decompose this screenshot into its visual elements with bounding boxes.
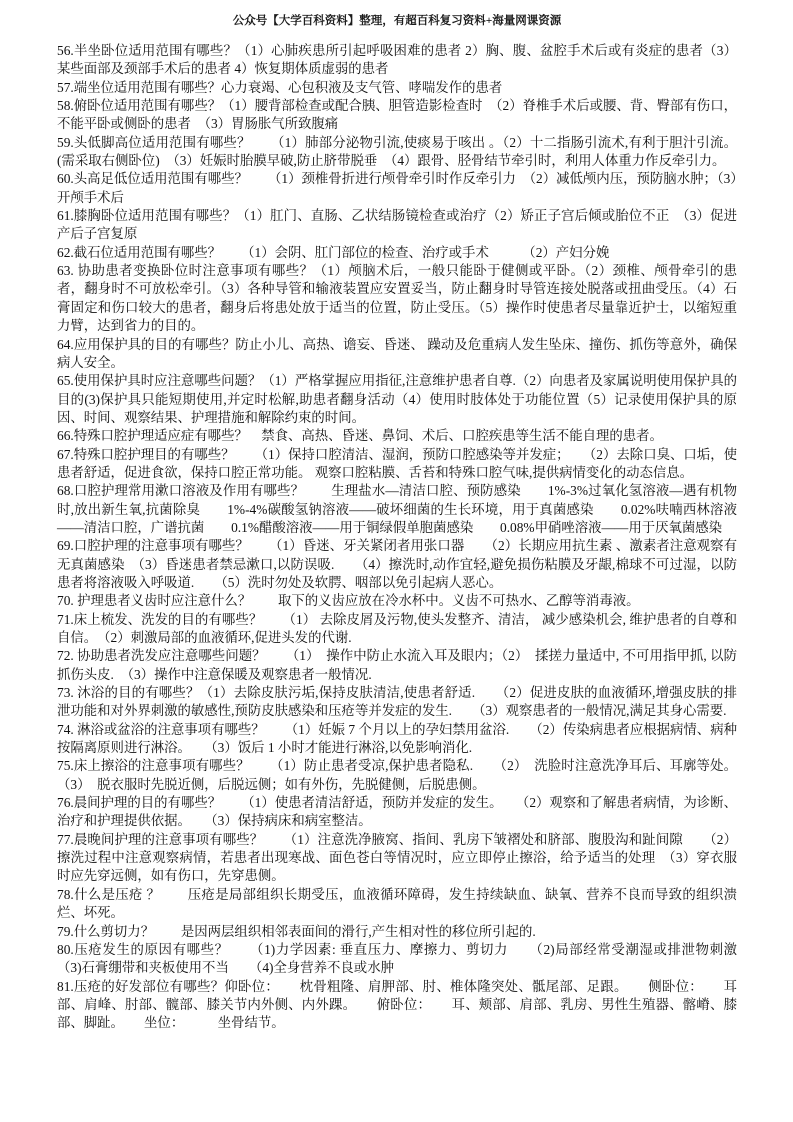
qa-item: 65.使用保护具时应注意哪些问题？（1）严格掌握应用指征,注意维护患者自尊.（2… xyxy=(57,372,737,427)
qa-item: 72. 协助患者洗发应注意哪些问题？ （1） 操作中防止水流入耳及眼内；（2） … xyxy=(57,647,737,684)
qa-item: 79.什么剪切力？ 是因两层组织相邻表面间的滑行,产生相对性的移位所引起的. xyxy=(57,923,737,941)
qa-item: 56.半坐卧位适用范围有哪些？（1）心肺疾患所引起呼吸困难的患者 2）胸、腹、盆… xyxy=(57,42,737,79)
qa-item: 64.应用保护具的目的有哪些？防止小儿、高热、谵妄、昏迷、 躁动及危重病人发生坠… xyxy=(57,336,737,373)
qa-item: 60.头高足低位适用范围有哪些？ （1）颈椎骨折进行颅骨牵引时作反牵引力 （2）… xyxy=(57,170,737,207)
qa-item: 62.截石位适用范围有哪些？ （1）会阴、肛门部位的检查、治疗或手术 （2）产妇… xyxy=(57,244,737,262)
qa-item: 66.特殊口腔护理适应症有哪些？ 禁食、高热、昏迷、鼻饲、术后、口腔疾患等生活不… xyxy=(57,427,737,445)
qa-item: 61.膝胸卧位适用范围有哪些？（1）肛门、直肠、乙状结肠镜检查或治疗（2）矫正子… xyxy=(57,207,737,244)
qa-item: 76.晨间护理的目的有哪些？ （1）使患者清洁舒适，预防并发症的发生。 （2）观… xyxy=(57,794,737,831)
qa-item: 67.特殊口腔护理目的有哪些？ （1）保持口腔清洁、湿润，预防口腔感染等并发症；… xyxy=(57,446,737,483)
qa-item: 71.床上梳发、洗发的目的有哪些？ （1） 去除皮屑及污物,使头发整齐、清洁， … xyxy=(57,611,737,648)
qa-item: 81.压疮的好发部位有哪些？仰卧位： 枕骨粗隆、肩胛部、肘、椎体隆突处、骶尾部、… xyxy=(57,978,737,1033)
qa-item: 74. 淋浴或盆浴的注意事项有哪些？ （1）妊娠 7 个月以上的孕妇禁用盆浴. … xyxy=(57,721,737,758)
qa-item: 73. 沐浴的目的有哪些？（1）去除皮肤污垢,保持皮肤清洁,使患者舒适. （2）… xyxy=(57,684,737,721)
qa-item: 69.口腔护理的注意事项有哪些？ （1）昏迷、牙关紧闭者用张口器 （2）长期应用… xyxy=(57,537,737,592)
qa-item: 63. 协助患者变换卧位时注意事项有哪些？（1）颅脑术后，一般只能卧于健侧或平卧… xyxy=(57,262,737,335)
qa-item: 77.晨晚间护理的注意事项有哪些？ （1）注意洗净腋窝、指间、乳房下皱褶处和脐部… xyxy=(57,831,737,886)
qa-item: 68.口腔护理常用漱口溶液及作用有哪些？ 生理盐水—清洁口腔、预防感染 1%-3… xyxy=(57,482,737,537)
qa-item: 58.俯卧位适用范围有哪些？（1）腰背部检查或配合胰、胆管造影检查时 （2）脊椎… xyxy=(57,97,737,134)
qa-item: 78.什么是压疮 ？ 压疮是局部组织长期受压，血液循环障碍，发生持续缺血、缺氧、… xyxy=(57,886,737,923)
qa-item: 59.头低脚高位适用范围有哪些？ （1）肺部分泌物引流,使痰易于咳出 。（2）十… xyxy=(57,134,737,171)
qa-item: 75.床上擦浴的注意事项有哪些？ （1）防止患者受凉,保护患者隐私. （2） 洗… xyxy=(57,757,737,794)
page-header: 公众号【大学百科资料】整理，有超百科复习资料+海量网课资源 xyxy=(57,13,737,29)
document-body: 56.半坐卧位适用范围有哪些？（1）心肺疾患所引起呼吸困难的患者 2）胸、腹、盆… xyxy=(57,42,737,1033)
document-page: 公众号【大学百科资料】整理，有超百科复习资料+海量网课资源 56.半坐卧位适用范… xyxy=(0,0,793,1122)
qa-item: 70. 护理患者义齿时应注意什么？ 取下的义齿应放在冷水杯中。义齿不可热水、乙醇… xyxy=(57,592,737,610)
qa-item: 80.压疮发生的原因有哪些？ （1)力学因素: 垂直压力、摩擦力、剪切力 （2)… xyxy=(57,941,737,978)
qa-item: 57.端坐位适用范围有哪些？心力衰竭、心包积液及支气管、哮喘发作的患者 xyxy=(57,79,737,97)
